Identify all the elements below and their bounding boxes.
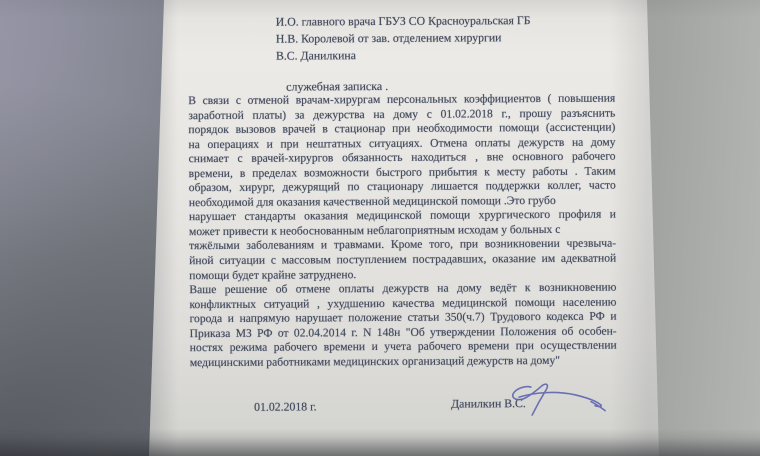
photo-of-document: И.О. главного врача ГБУЗ СО Красноуральс…: [0, 0, 760, 456]
recipient-line: В.С. Данилкина: [276, 46, 531, 65]
recipient-line: Н.В. Королевой от зав. отделением хирург…: [276, 29, 531, 48]
document-content: И.О. главного врача ГБУЗ СО Красноуральс…: [0, 0, 760, 456]
signature-scribble: [495, 375, 610, 422]
recipient-block: И.О. главного врача ГБУЗ СО Красноуральс…: [276, 12, 531, 65]
document-date: 01.02.2018 г.: [254, 399, 317, 414]
body-line: йной ситуации с массовым поступлением по…: [189, 252, 616, 269]
recipient-line: И.О. главного врача ГБУЗ СО Красноуральс…: [276, 12, 531, 31]
document-body: В связи с отменой врачам-хирургам персон…: [188, 92, 617, 371]
body-line: медицинскими работниками медицинских орг…: [190, 353, 617, 370]
